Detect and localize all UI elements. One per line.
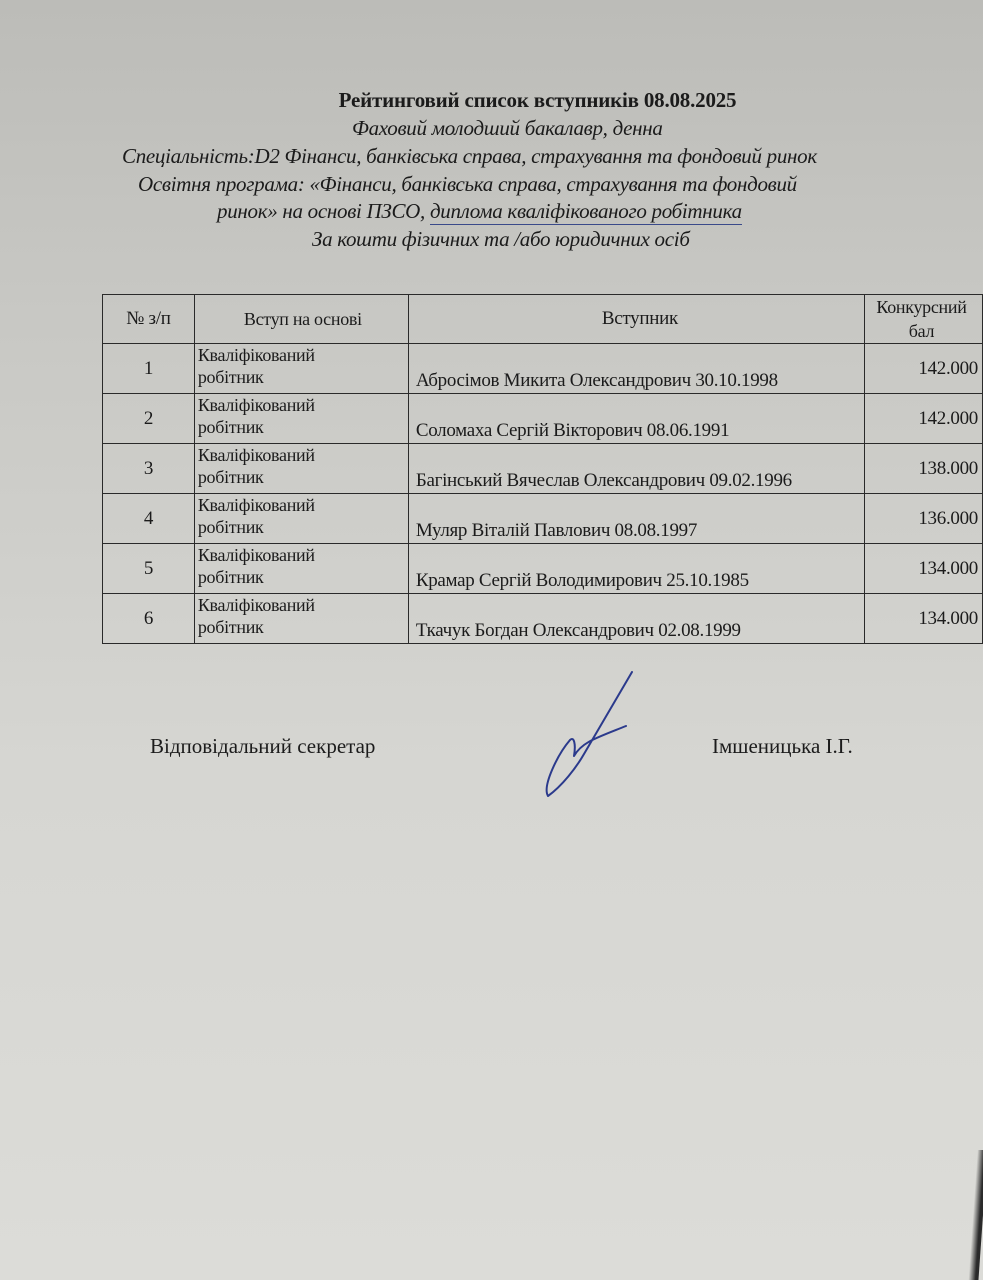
- cell-basis: Кваліфікованийробітник: [194, 444, 408, 494]
- program-line-1: Освітня програма: «Фінанси, банківська с…: [138, 172, 797, 197]
- page-edge-shadow: [968, 1150, 983, 1280]
- cell-number: 5: [103, 544, 195, 594]
- cell-number: 3: [103, 444, 195, 494]
- degree-line: Фаховий молодший бакалавр, денна: [352, 116, 663, 141]
- cell-basis-line2: робітник: [198, 517, 264, 537]
- program-line-2: ринок» на основі ПЗСО, диплома кваліфіко…: [217, 199, 742, 224]
- program-line-2-prefix: ринок» на основі ПЗСО,: [217, 199, 430, 223]
- cell-basis-line1: Кваліфікований: [198, 595, 315, 615]
- table-row: 5КваліфікованийробітникКрамар Сергій Вол…: [103, 544, 983, 594]
- header-score: Конкурсний бал: [864, 295, 982, 344]
- table-row: 2КваліфікованийробітникСоломаха Сергій В…: [103, 394, 983, 444]
- cell-score: 134.000: [864, 544, 982, 594]
- header-basis: Вступ на основі: [194, 295, 408, 344]
- cell-score: 136.000: [864, 494, 982, 544]
- cell-basis: Кваліфікованийробітник: [194, 494, 408, 544]
- cell-applicant: Багінський Вячеслав Олександрович 09.02.…: [408, 444, 864, 494]
- cell-applicant: Крамар Сергій Володимирович 25.10.1985: [408, 544, 864, 594]
- header-applicant: Вступник: [408, 295, 864, 344]
- header-score-line2: бал: [909, 321, 934, 341]
- table-row: 6КваліфікованийробітникТкачук Богдан Оле…: [103, 594, 983, 644]
- table-row: 1КваліфікованийробітникАбросімов Микита …: [103, 344, 983, 394]
- cell-basis-line2: робітник: [198, 467, 264, 487]
- cell-basis-line2: робітник: [198, 617, 264, 637]
- cell-basis-line2: робітник: [198, 367, 264, 387]
- cell-basis: Кваліфікованийробітник: [194, 594, 408, 644]
- table-header-row: № з/п Вступ на основі Вступник Конкурсни…: [103, 295, 983, 344]
- cell-basis-line2: робітник: [198, 567, 264, 587]
- cell-basis: Кваліфікованийробітник: [194, 394, 408, 444]
- cell-basis: Кваліфікованийробітник: [194, 344, 408, 394]
- cell-score: 138.000: [864, 444, 982, 494]
- table-row: 3КваліфікованийробітникБагінський Вячесл…: [103, 444, 983, 494]
- cell-number: 6: [103, 594, 195, 644]
- signature-icon: [540, 668, 650, 803]
- cell-basis-line1: Кваліфікований: [198, 395, 315, 415]
- cell-basis-line2: робітник: [198, 417, 264, 437]
- cell-basis-line1: Кваліфікований: [198, 495, 315, 515]
- signatory-role: Відповідальний секретар: [150, 734, 375, 759]
- cell-basis-line1: Кваліфікований: [198, 545, 315, 565]
- program-line-2-underlined: диплома кваліфікованого робітника: [430, 199, 742, 225]
- cell-number: 1: [103, 344, 195, 394]
- cell-applicant: Ткачук Богдан Олександрович 02.08.1999: [408, 594, 864, 644]
- table-row: 4КваліфікованийробітникМуляр Віталій Пав…: [103, 494, 983, 544]
- header-number: № з/п: [103, 295, 195, 344]
- cell-score: 134.000: [864, 594, 982, 644]
- document-title: Рейтинговий список вступників 08.08.2025: [0, 88, 983, 113]
- cell-score: 142.000: [864, 394, 982, 444]
- cell-applicant: Соломаха Сергій Вікторович 08.06.1991: [408, 394, 864, 444]
- funding-line: За кошти фізичних та /або юридичних осіб: [312, 227, 690, 252]
- cell-applicant: Абросімов Микита Олександрович 30.10.199…: [408, 344, 864, 394]
- cell-applicant: Муляр Віталій Павлович 08.08.1997: [408, 494, 864, 544]
- cell-basis-line1: Кваліфікований: [198, 445, 315, 465]
- cell-number: 4: [103, 494, 195, 544]
- header-score-line1: Конкурсний: [876, 297, 966, 317]
- signatory-name: Імшеницька І.Г.: [712, 734, 853, 759]
- rating-table: № з/п Вступ на основі Вступник Конкурсни…: [102, 294, 983, 644]
- cell-number: 2: [103, 394, 195, 444]
- specialty-line: Спеціальність:D2 Фінанси, банківська спр…: [122, 144, 817, 169]
- cell-basis-line1: Кваліфікований: [198, 345, 315, 365]
- cell-basis: Кваліфікованийробітник: [194, 544, 408, 594]
- cell-score: 142.000: [864, 344, 982, 394]
